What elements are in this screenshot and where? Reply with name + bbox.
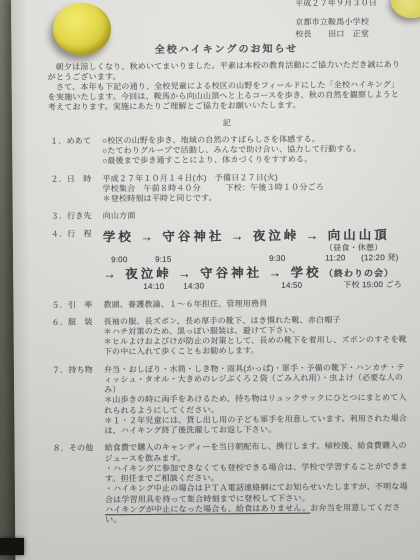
time-label: 14:30: [183, 281, 204, 291]
time-label: 11:20: [325, 253, 346, 263]
section-label: ６．服 装: [52, 317, 104, 358]
section-line: ・ハイキングに参加できなくても登校できる場合は、学校で学習することができます。担…: [105, 462, 409, 485]
section-line: ＊１・２年児童には、貸し出し用の子ども軍手を用意しています。利用された場合は、ハ…: [104, 414, 408, 437]
warning-underlined: ハイキングが中止になった場合も、給食はありません。: [105, 503, 310, 514]
section-clothing: ６．服 装 長袖の服、長ズボン、長め厚手の靴下、はき慣れた靴、赤白帽子 ＊ハチ対…: [50, 315, 408, 359]
section-line: ＊山歩きの時に両手をあけるため、持ち物はリュックサックにひとつにまとめて入れられ…: [104, 393, 408, 416]
section-line: ＊ヒルよけおよびけが防止の対策として、長めの靴下を着用し、ズボンのすそを靴下の中…: [104, 335, 408, 358]
section-label: ５．引 率: [51, 300, 103, 311]
time-label: 下校 15:00 ごろ: [343, 279, 402, 290]
section-goals: １．めあて ○校区の山野を歩き、地域の自然のすばらしさを体感する。 ○たてわりグ…: [48, 134, 406, 168]
board-clip: [0, 538, 24, 555]
principal-name: 校長 田口 正堂: [295, 30, 377, 41]
section-other: ８．その他 給食費で購入のキャンディーを当日朝配布し、携行します。帰校後、給食費…: [51, 441, 410, 526]
closing-meeting-note: （終わりの会）: [324, 268, 394, 279]
time-label: 14:50: [281, 280, 302, 290]
lunch-cancellation-warning: ハイキングが中止になった場合も、給食はありません。お弁当を用意してください。: [105, 503, 409, 526]
section-label: １．めあて: [50, 136, 102, 167]
section-line: ・ハイキング中止の場合はＰＴＡ電話連絡網にてお知らせいたしますが、不明な場合は学…: [105, 482, 409, 505]
intro-paragraphs: 朝夕は涼しくなり、秋めいてまいりました。平素は本校の教育活動にご協力いただき誠に…: [48, 59, 406, 113]
section-belongings: ７．持ち物 弁当・おしぼり・水筒・しき物・雨具(かっぱ)・軍手・予備の靴下・ハン…: [50, 363, 409, 437]
section-chaperones: ５．引 率 教頭、養護教諭、１〜６年担任、管理用務員: [49, 297, 407, 310]
section-body: 教頭、養護教諭、１〜６年担任、管理用務員: [103, 297, 407, 310]
section-body: 向山方面: [103, 209, 407, 222]
section-label: ７．持ち物: [52, 365, 105, 437]
section-body: 平成２７年１０月１４日(水) 予備日２７日(火) 学校集合 午前８時４０分 下校…: [102, 172, 406, 205]
kicker-ki: 記: [48, 117, 406, 130]
section-body: 長袖の服、長ズボン、長め厚手の靴下、はき慣れた靴、赤白帽子 ＊ハチ対策のため、黒…: [104, 315, 408, 358]
pushpin-icon: [53, 3, 111, 55]
section-line: ○最後まで歩き通すことにより、体カづくりをすすめる。: [102, 154, 406, 167]
route-return-times: 14:10 14:30 14:50 下校 15:00 ごろ: [103, 279, 407, 292]
section-label: ４．行 程: [51, 229, 104, 293]
time-label: 9:00: [111, 255, 127, 265]
section-line: 給食費で購入のキャンディーを当日朝配布し、携行します。帰校後、給食費購入のジュー…: [105, 441, 409, 464]
section-destination: ３．行き先 向山方面: [49, 209, 407, 222]
route-return: → 夜泣峠 → 守谷神社 → 学校: [103, 265, 321, 281]
paper-sheet: 保護者様 平成２７年９月３０日 京都市立鞍馬小学校 校長 田口 正堂 全校ハイキ…: [11, 0, 420, 560]
photo-background: 保護者様 平成２７年９月３０日 京都市立鞍馬小学校 校長 田口 正堂 全校ハイキ…: [0, 0, 420, 560]
section-body: ○校区の山野を歩き、地域の自然のすばらしさを体感する。 ○たてわりグループで活動…: [102, 134, 406, 167]
section-body: 弁当・おしぼり・水筒・しき物・雨具(かっぱ)・軍手・予備の靴下・ハンカチ・ティッ…: [104, 363, 409, 437]
section-datetime: ２．日 時 平成２７年１０月１４日(水) 予備日２７日(火) 学校集合 午前８時…: [48, 172, 406, 206]
section-line: 教頭、養護教諭、１〜６年担任、管理用務員: [103, 297, 407, 310]
time-label: (12:20 発): [361, 253, 398, 264]
time-label: 9:15: [155, 254, 171, 264]
school-name: 京都市立鞍馬小学校: [295, 17, 377, 28]
section-line: 向山方面: [103, 209, 407, 222]
section-label: ２．日 時: [50, 174, 102, 205]
doc-date: 平成２７年９月３０日: [295, 0, 377, 9]
section-line: ＊登校時刻は平時と同じです。: [103, 192, 407, 205]
section-body: 給食費で購入のキャンディーを当日朝配布し、携行します。帰校後、給食費購入のジュー…: [105, 441, 410, 525]
section-itinerary: ４．行 程 学校 → 守谷神社 → 夜泣峠 → 向山山頂 （昼食・休憩） 9:0…: [49, 226, 407, 293]
time-label: 9:30: [269, 253, 285, 263]
header-right: 平成２７年９月３０日 京都市立鞍馬小学校 校長 田口 正堂: [295, 0, 377, 40]
section-label: ３．行き先: [51, 212, 103, 223]
intro-paragraph: 朝夕は涼しくなり、秋めいてまいりました。平素は本校の教育活動にご協力いただき誠に…: [48, 59, 406, 82]
route-block: 学校 → 守谷神社 → 夜泣峠 → 向山山頂 （昼食・休憩） 9:00 9:15…: [103, 226, 407, 292]
section-line: 弁当・おしぼり・水筒・しき物・雨具(かっぱ)・軍手・予備の靴下・ハンカチ・ティッ…: [104, 363, 408, 396]
section-label: ８．その他: [53, 444, 106, 526]
intro-paragraph: さて、本年も下記の通り、全校児童による校区の山野をフィールドにした「全校ハイキン…: [48, 80, 406, 114]
time-label: 14:10: [143, 281, 164, 291]
